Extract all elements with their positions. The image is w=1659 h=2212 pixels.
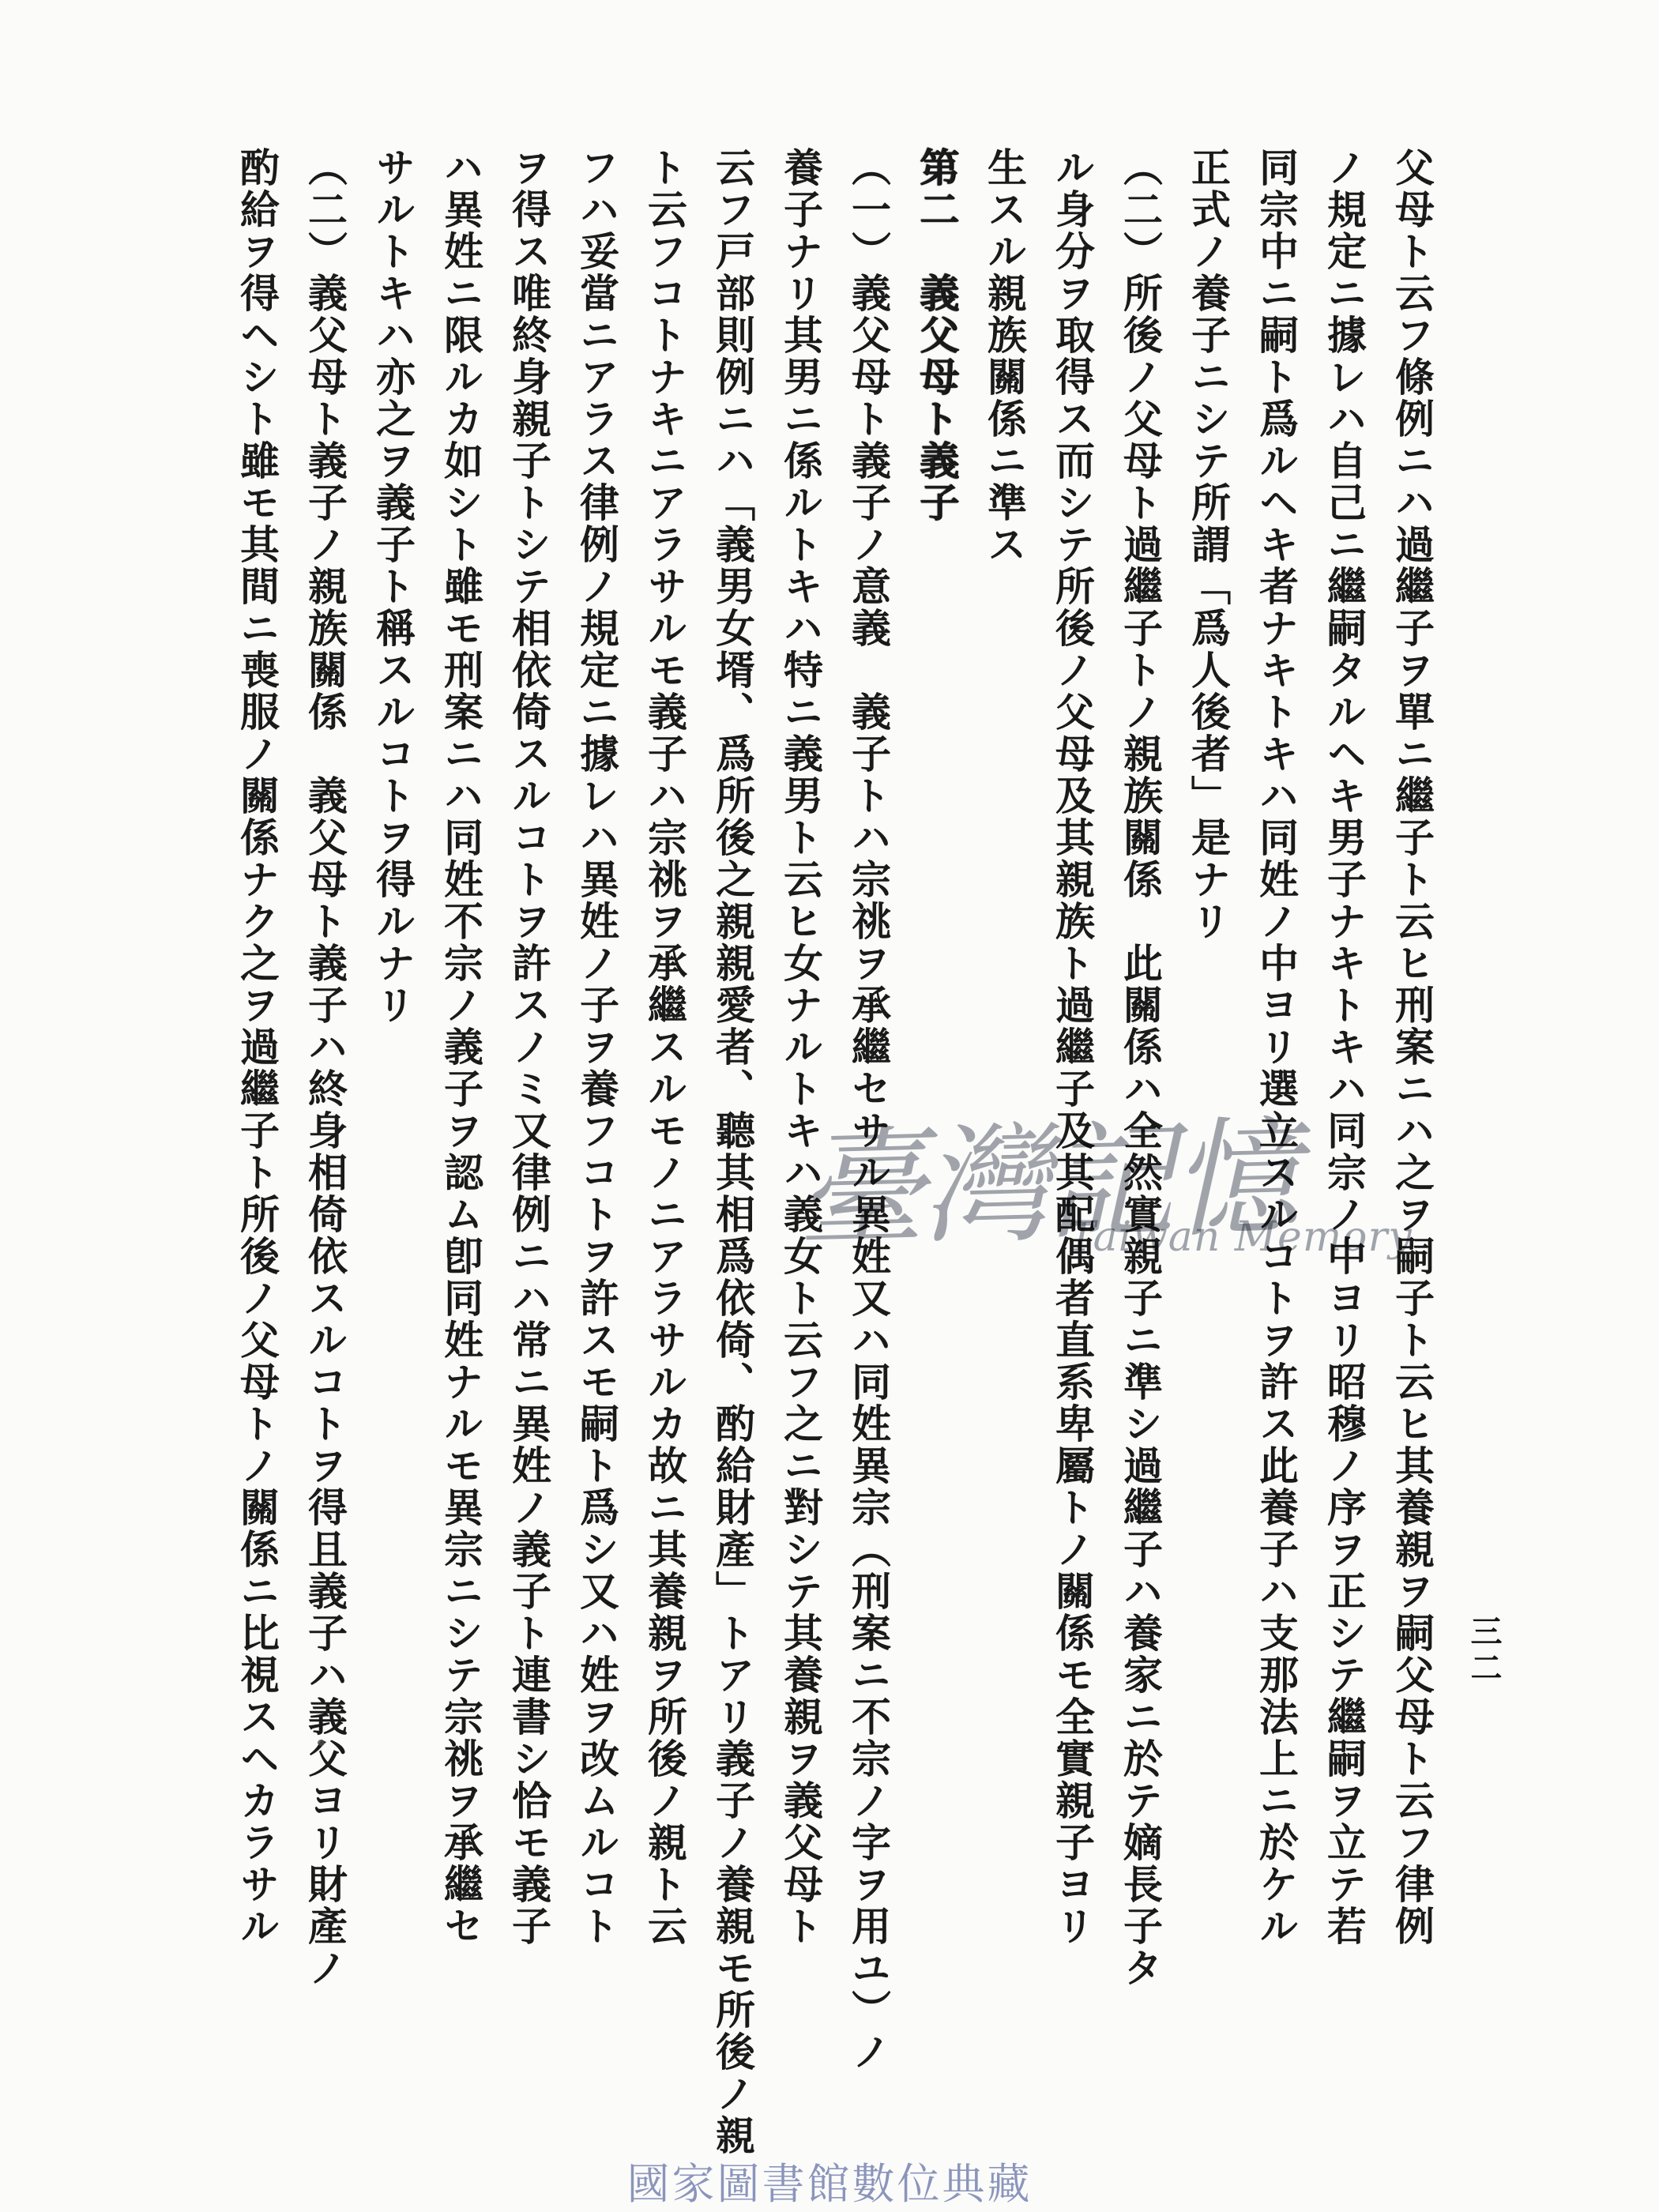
text-column: （一）義父母ト義子ノ意義 義子トハ宗祧ヲ承繼セサル異姓又ハ同姓異宗（刑案ニ不宗ノ… <box>834 147 902 2157</box>
text-column: （二）義父母ト義子ノ親族關係 義父母ト義子ハ終身相倚依スルコトヲ得且義子ハ義父ヨ… <box>291 147 359 2157</box>
library-credit: 國家圖書館數位典藏 <box>0 2150 1659 2211</box>
text-column: フハ妥當ニアラス律例ノ規定ニ據レハ異姓ノ子ヲ養フコトヲ許スモ嗣ト爲シ又ハ姓ヲ改ム… <box>562 147 630 2157</box>
text-column: ハ異姓ニ限ルカ如シト雖モ刑案ニハ同姓不宗ノ義子ヲ認ム卽同姓ナルモ異宗ニシテ宗祧ヲ… <box>427 147 495 2157</box>
text-column: ト云フコトナキニアラサルモ義子ハ宗祧ヲ承繼スルモノニアラサルカ故ニ其養親ヲ所後ノ… <box>630 147 698 2157</box>
ink-speck <box>318 1740 325 1746</box>
text-column: 養子ナリ其男ニ係ルトキハ特ニ義男ト云ヒ女ナルトキハ義女ト云フ之ニ對シテ其養親ヲ義… <box>766 147 834 2157</box>
text-column: （二）所後ノ父母ト過繼子トノ親族關係 此關係ハ全然實親子ニ準シ過繼子ハ養家ニ於テ… <box>1106 147 1174 2157</box>
page-number: 三二 <box>1461 1615 1507 1687</box>
text-column: ノ規定ニ據レハ自己ニ繼嗣タルヘキ男子ナキトキハ同宗ノ中ヨリ昭穆ノ序ヲ正シテ繼嗣ヲ… <box>1310 147 1378 2157</box>
section-header-column: 第二 義父母ト義子 <box>902 147 970 2157</box>
text-column: 酌給ヲ得ヘシト雖モ其間ニ喪服ノ關係ナク之ヲ過繼子ト所後ノ父母トノ關係ニ比視スヘカ… <box>223 147 291 2157</box>
text-column: 父母ト云フ條例ニハ過繼子ヲ單ニ繼子ト云ヒ刑案ニハ之ヲ嗣子ト云ヒ其養親ヲ嗣父母ト云… <box>1378 147 1446 2157</box>
text-column: 云フ戸部則例ニハ「義男女壻、爲所後之親親愛者、聽其相爲依倚、酌給財產」トアリ義子… <box>698 147 766 2157</box>
text-column: 正式ノ養子ニシテ所謂「爲人後者」是ナリ <box>1174 147 1242 2157</box>
text-column: ル身分ヲ取得ス而シテ所後ノ父母及其親族ト過繼子及其配偶者直系卑屬トノ關係モ全實親… <box>1038 147 1106 2157</box>
text-column: 同宗中ニ嗣ト爲ルヘキ者ナキトキハ同姓ノ中ヨリ選立スルコトヲ許ス此養子ハ支那法上ニ… <box>1242 147 1310 2157</box>
text-column: 生スル親族關係ニ準ス <box>970 147 1038 2157</box>
scanned-document-page: 父母ト云フ條例ニハ過繼子ヲ單ニ繼子ト云ヒ刑案ニハ之ヲ嗣子ト云ヒ其養親ヲ嗣父母ト云… <box>0 0 1659 2212</box>
text-column: サルトキハ亦之ヲ義子ト稱スルコトヲ得ルナリ <box>359 147 427 2157</box>
text-column: ヲ得ス唯終身親子トシテ相依倚スルコトヲ許スノミ又律例ニハ常ニ異姓ノ義子ト連書シ恰… <box>495 147 562 2157</box>
vertical-text-block: 父母ト云フ條例ニハ過繼子ヲ單ニ繼子ト云ヒ刑案ニハ之ヲ嗣子ト云ヒ其養親ヲ嗣父母ト云… <box>223 147 1446 2157</box>
